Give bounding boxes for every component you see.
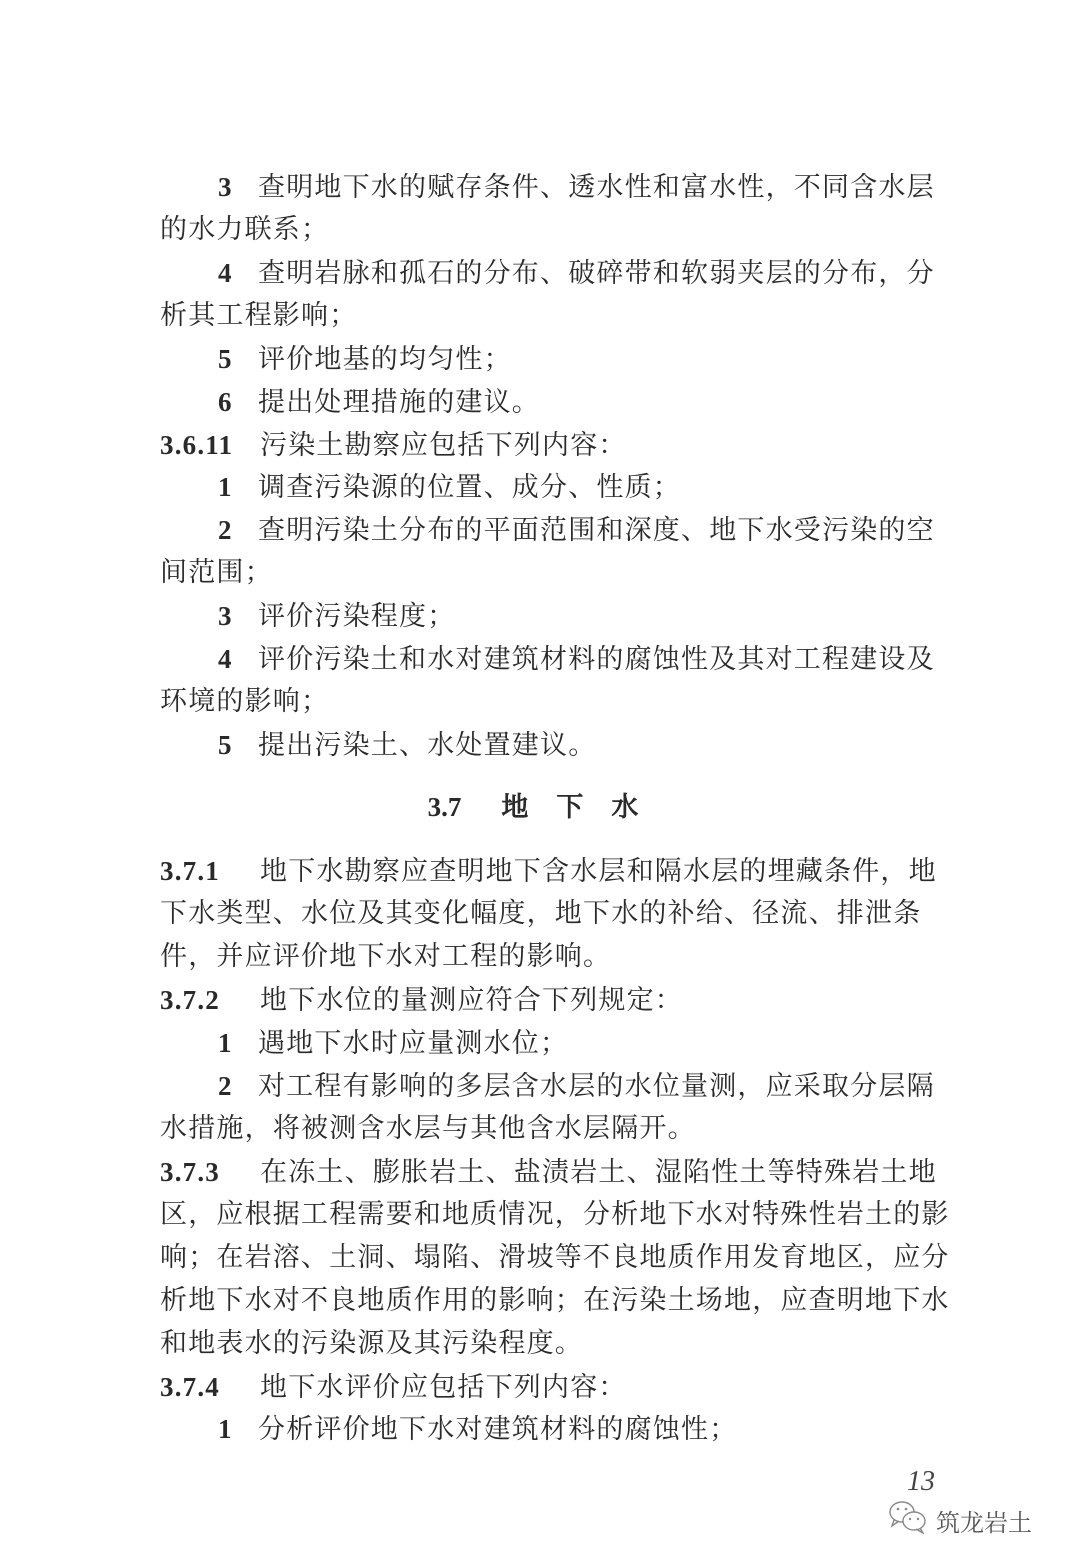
list-item: 4查明岩脉和孤石的分布、破碎带和软弱夹层的分布，分 [218,258,1018,289]
list-item: 2对工程有影响的多层含水层的水位量测，应采取分层隔 [218,1071,1018,1102]
list-item: 5提出污染土、水处置建议。 [218,730,1018,761]
list-item-continuation: 间范围； [160,558,960,588]
list-item-continuation: 析其工程影响； [160,301,960,331]
list-item-continuation: 的水力联系； [160,215,960,245]
page-number: 13 [907,1466,935,1498]
clause-line: 下水类型、水位及其变化幅度，地下水的补给、径流、排泄条 [160,899,960,929]
list-item: 6提出处理措施的建议。 [218,387,1018,418]
clause-line: 件，并应评价地下水对工程的影响。 [160,942,960,972]
watermark-text: 筑龙岩土 [936,1503,1032,1538]
clause-line: 响；在岩溶、土洞、塌陷、滑坡等不良地质作用发育地区，应分 [160,1243,960,1273]
clause-line: 和地表水的污染源及其污染程度。 [160,1329,960,1359]
list-item: 1分析评价地下水对建筑材料的腐蚀性； [218,1414,1018,1445]
list-item-continuation: 环境的影响； [160,687,960,717]
clause-line: 区，应根据工程需要和地质情况，分析地下水对特殊性岩土的影 [160,1200,960,1230]
clause-3-7-4: 3.7.4地下水评价应包括下列内容： [160,1372,960,1403]
clause-3-7-1: 3.7.1地下水勘察应查明地下含水层和隔水层的埋藏条件，地 [160,856,960,887]
list-item: 2查明污染土分布的平面范围和深度、地下水受污染的空 [218,515,1018,546]
clause-3-7-2: 3.7.2地下水位的量测应符合下列规定： [160,985,960,1016]
clause-3-7-3: 3.7.3在冻土、膨胀岩土、盐渍岩土、湿陷性土等特殊岩土地 [160,1157,960,1188]
section-heading: 3.7地下水 [0,792,1080,823]
watermark: 筑龙岩土 [888,1500,1032,1540]
wechat-icon [888,1500,936,1540]
list-item: 4评价污染土和水对建筑材料的腐蚀性及其对工程建设及 [218,644,1018,675]
list-item-continuation: 水措施，将被测含水层与其他含水层隔开。 [160,1114,960,1144]
list-item: 3评价污染程度； [218,601,1018,632]
list-item: 1调查污染源的位置、成分、性质； [218,472,1018,503]
list-item: 3查明地下水的赋存条件、透水性和富水性，不同含水层 [218,172,1018,203]
document-page: 3查明地下水的赋存条件、透水性和富水性，不同含水层 的水力联系； 4查明岩脉和孤… [0,0,1080,1564]
list-item: 1遇地下水时应量测水位； [218,1028,1018,1059]
clause-line: 析地下水对不良地质作用的影响；在污染土场地，应查明地下水 [160,1286,960,1316]
list-item: 5评价地基的均匀性； [218,344,1018,375]
clause-3-6-11: 3.6.11污染土勘察应包括下列内容： [160,430,960,461]
